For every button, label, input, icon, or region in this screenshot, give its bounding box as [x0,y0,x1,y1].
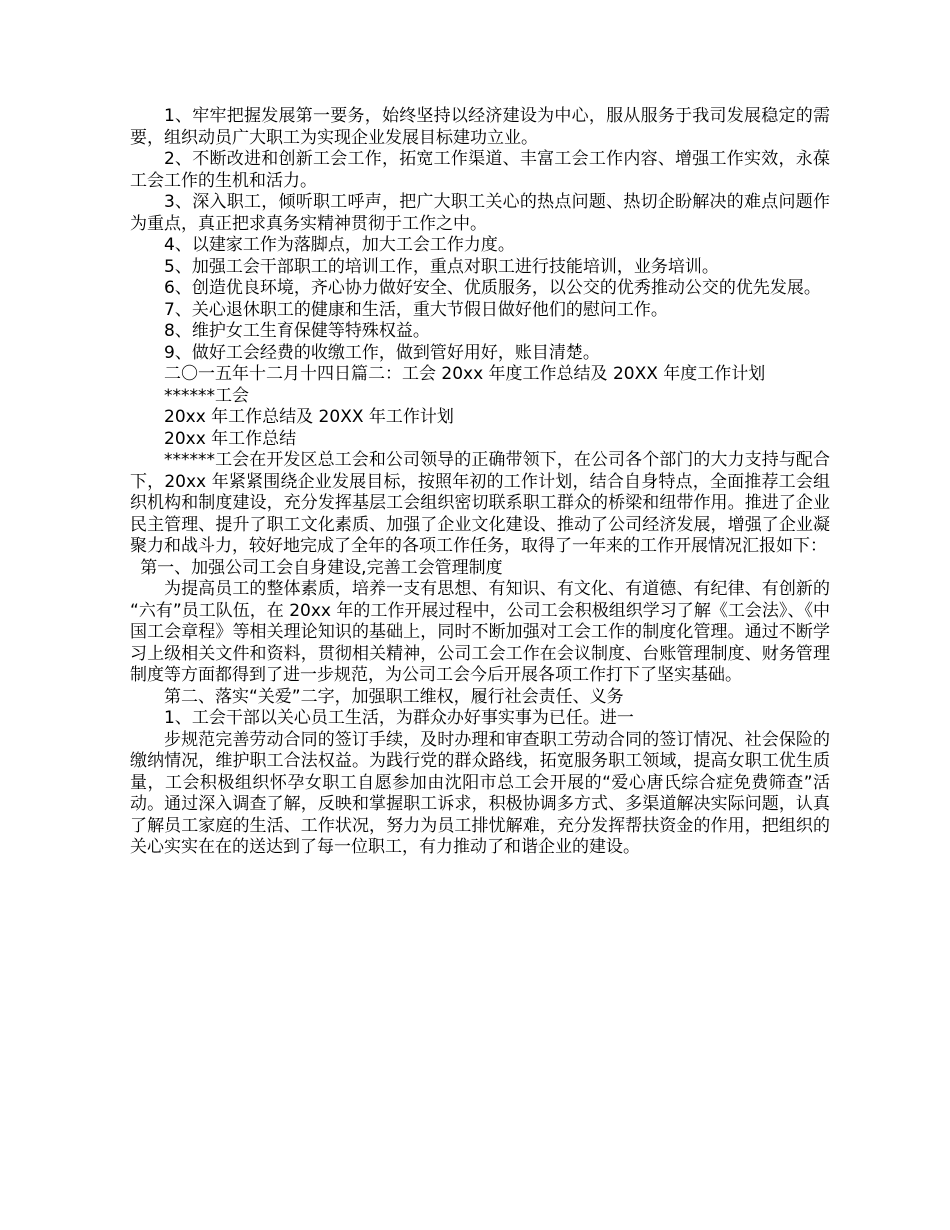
paragraph: 为提高员工的整体素质，培养一支有思想、有知识、有文化、有道德、有纪律、有创新的“… [130,579,830,687]
document-page: 1、牢牢把握发展第一要务，始终坚持以经济建设为中心，服从服务于我司发展稳定的需要… [0,0,950,1230]
paragraph: 1、工会干部以关心员工生活，为群众办好事实事为已任。进一 [130,708,830,730]
paragraph: 5、加强工会干部职工的培训工作，重点对职工进行技能培训，业务培训。 [130,257,830,279]
paragraph: 7、关心退休职工的健康和生活，重大节假日做好他们的慰问工作。 [130,300,830,322]
paragraph: 20xx 年工作总结 [130,429,830,451]
paragraph: 1、牢牢把握发展第一要务，始终坚持以经济建设为中心，服从服务于我司发展稳定的需要… [130,106,830,149]
paragraph: 3、深入职工，倾听职工呼声，把广大职工关心的热点问题、热切企盼解决的难点问题作为… [130,192,830,235]
paragraph: 第二、落实“关爱”二字，加强职工维权，履行社会责任、义务 [130,687,830,709]
paragraph: 步规范完善劳动合同的签订手续，及时办理和审查职工劳动合同的签订情况、社会保险的缴… [130,730,830,859]
paragraph: 第一、加强公司工会自身建设,完善工会管理制度 [130,558,830,580]
paragraph: 9、做好工会经费的收缴工作，做到管好用好，账目清楚。 [130,343,830,365]
paragraph: 8、维护女工生育保健等特殊权益。 [130,321,830,343]
paragraph: 二〇一五年十二月十四日篇二：工会 20xx 年度工作总结及 20XX 年度工作计… [130,364,830,386]
paragraph: 4、以建家工作为落脚点，加大工会工作力度。 [130,235,830,257]
paragraph: 6、创造优良环境，齐心协力做好安全、优质服务，以公交的优秀推动公交的优先发展。 [130,278,830,300]
paragraph: 2、不断改进和创新工会工作，拓宽工作渠道、丰富工会工作内容、增强工作实效，永葆工… [130,149,830,192]
paragraph: ******工会在开发区总工会和公司领导的正确带领下，在公司各个部门的大力支持与… [130,450,830,558]
paragraph: 20xx 年工作总结及 20XX 年工作计划 [130,407,830,429]
paragraph: ******工会 [130,386,830,408]
document-content: 1、牢牢把握发展第一要务，始终坚持以经济建设为中心，服从服务于我司发展稳定的需要… [130,106,830,859]
